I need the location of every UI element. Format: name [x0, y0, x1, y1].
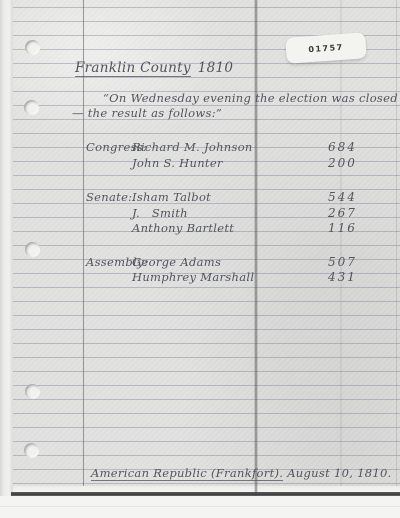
vote-count: 116	[328, 221, 357, 235]
scanned-ledger-document: 01757 Franklin County1810 “On Wednesday …	[0, 0, 400, 518]
vote-count: 507	[328, 255, 357, 269]
office-label: Senate:	[86, 190, 132, 204]
candidate-name: Isham Talbot	[132, 190, 211, 204]
book-edge-shadow	[11, 492, 400, 496]
intro-line-2: — the result as follows:”	[72, 106, 222, 120]
result-row: Humphrey Marshall 431	[86, 270, 358, 286]
binder-hole	[24, 100, 39, 115]
candidate-name: Richard M. Johnson	[132, 140, 253, 154]
candidate-name: George Adams	[132, 255, 221, 269]
candidate-name: Anthony Bartlett	[132, 221, 234, 235]
archive-number: 01757	[308, 42, 344, 53]
paper-crease	[340, 0, 342, 492]
vote-count: 200	[328, 156, 357, 170]
right-page-edge	[396, 0, 397, 492]
result-row: Senate: Isham Talbot 544	[86, 190, 358, 206]
heading-county: Franklin County	[75, 60, 191, 77]
candidate-name: John S. Hunter	[132, 156, 223, 170]
vote-count: 684	[328, 140, 357, 154]
vote-count: 267	[328, 206, 357, 220]
binder-hole	[25, 242, 40, 257]
result-row: Congress: Richard M. Johnson 684	[86, 140, 358, 156]
binder-hole	[25, 384, 40, 399]
archive-number-sticker: 01757	[285, 32, 367, 64]
left-paper-edge	[0, 0, 13, 497]
result-row: Assembly: George Adams 507	[86, 255, 358, 271]
source-citation: American Republic (Frankfort). August 10…	[91, 466, 392, 480]
page-fold-crease	[254, 0, 258, 496]
vote-count: 544	[328, 190, 357, 204]
vote-count: 431	[328, 270, 357, 284]
scanner-background	[0, 496, 400, 518]
candidate-name: J. Smith	[132, 206, 188, 220]
binder-hole	[24, 443, 39, 458]
result-row: J. Smith 267	[86, 206, 358, 222]
result-row: Anthony Bartlett 116	[86, 221, 358, 237]
scanner-background-line	[0, 506, 400, 507]
heading-year: 1810	[198, 60, 234, 76]
page-heading: Franklin County1810	[75, 60, 233, 76]
candidate-name: Humphrey Marshall	[132, 270, 254, 284]
binder-hole	[25, 40, 40, 55]
citation-source: American Republic (Frankfort).	[91, 466, 283, 481]
citation-date: August 10, 1810.	[287, 466, 391, 480]
result-row: John S. Hunter 200	[86, 156, 358, 172]
intro-line-1: “On Wednesday evening the election was c…	[103, 91, 398, 105]
